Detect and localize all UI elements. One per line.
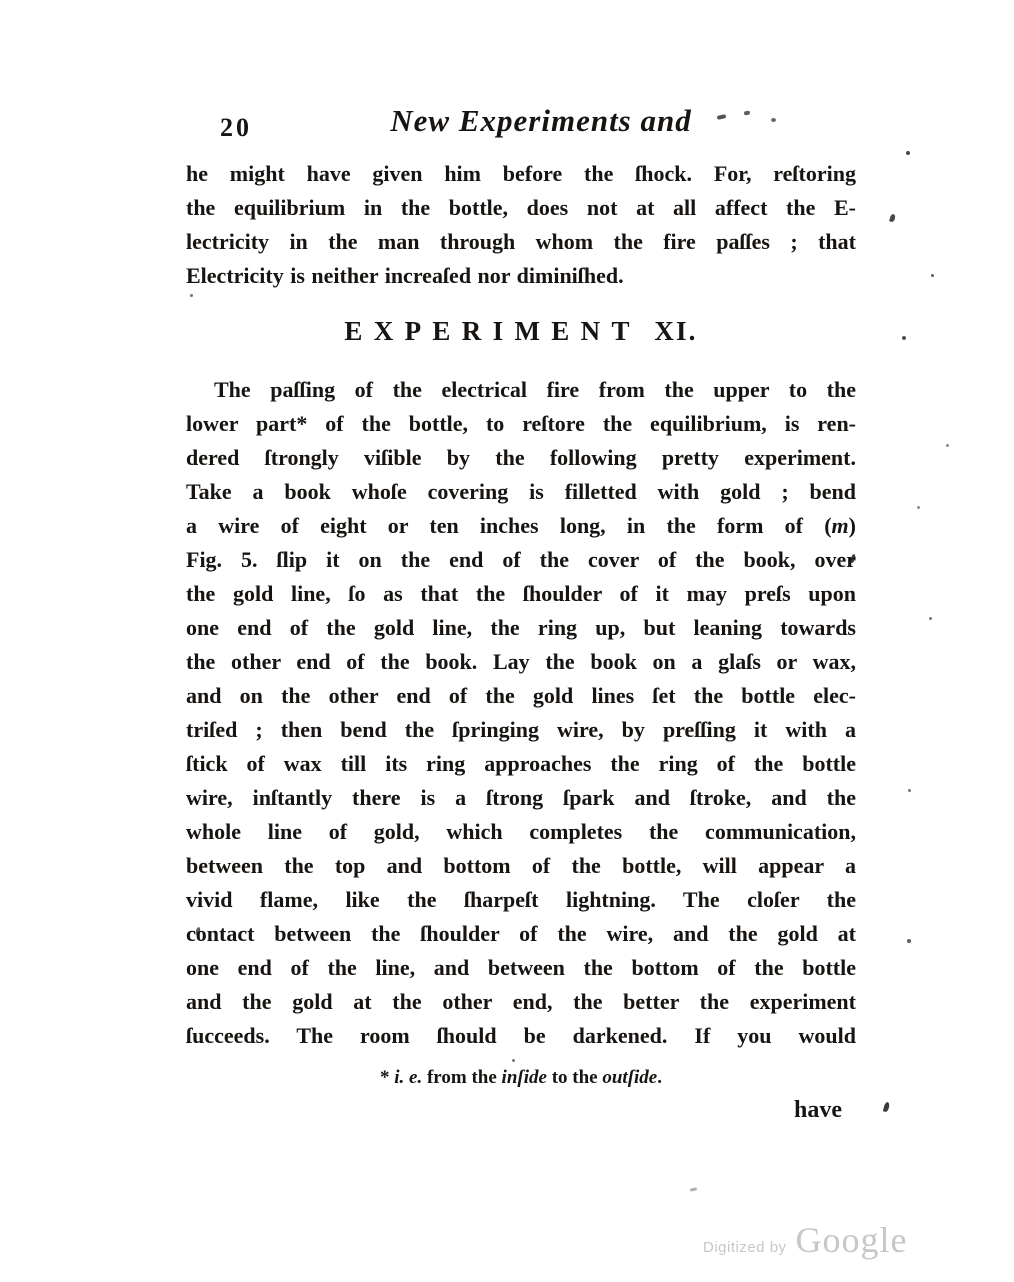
text-line: and the gold at the other end, the bette…	[186, 985, 856, 1019]
scan-speck	[883, 1102, 890, 1113]
scan-speck	[512, 1059, 515, 1062]
text-line: contact between the ſhoulder of the wire…	[186, 917, 856, 951]
text-line: the gold line, ſo as that the ſhoulder o…	[186, 577, 856, 611]
italic-text: outſide	[602, 1067, 657, 1088]
text-line: Electricity is neither increaſed nor dim…	[186, 259, 856, 293]
experiment-paragraph: The paſſing of the electrical fire from …	[186, 373, 856, 1053]
scan-speck	[946, 444, 949, 447]
catchword: have	[186, 1097, 842, 1124]
text-line: lower part* of the bottle, to reſtore th…	[186, 407, 856, 441]
text-line: The paſſing of the electrical fire from …	[186, 373, 856, 407]
text: a wire of eight or ten inches long, in t…	[186, 513, 832, 538]
experiment-heading: EXPERIMENTXI.	[186, 316, 856, 347]
italic-text: inſide	[502, 1067, 547, 1088]
text: to the	[547, 1067, 602, 1088]
scan-speck	[908, 789, 911, 792]
scan-speck	[931, 274, 934, 277]
text-line: Fig. 5. ſlip it on the end of the cover …	[186, 543, 856, 577]
scan-speck	[771, 118, 776, 122]
text: from the	[422, 1067, 501, 1088]
scan-speck	[190, 294, 193, 297]
text: .	[657, 1067, 662, 1088]
text-line: Take a book whoſe covering is filletted …	[186, 475, 856, 509]
google-watermark: Digitized by Google	[703, 1219, 908, 1261]
text: )	[849, 513, 856, 538]
scan-speck	[907, 939, 911, 943]
footnote: * i. e. from the inſide to the outſide.	[186, 1067, 856, 1089]
text-line: lectricity in the man through whom the f…	[186, 225, 856, 259]
text-line: a wire of eight or ten inches long, in t…	[186, 509, 856, 543]
text-line: triſed ; then bend the ſpringing wire, b…	[186, 713, 856, 747]
text-line: he might have given him before the ſhock…	[186, 157, 856, 191]
text-line: the other end of the book. Lay the book …	[186, 645, 856, 679]
text-line: ſtick of wax till its ring approaches th…	[186, 747, 856, 781]
text-line: one end of the line, and between the bot…	[186, 951, 856, 985]
text-line: ſucceeds. The room ſhould be darkened. I…	[186, 1019, 856, 1053]
scan-speck	[906, 151, 910, 155]
scan-speck	[889, 214, 896, 223]
watermark-prefix-label: Digitized by	[703, 1239, 787, 1256]
scan-speck	[902, 336, 906, 340]
text-line: between the top and bottom of the bottle…	[186, 849, 856, 883]
text-line: vivid flame, like the ſharpeſt lightning…	[186, 883, 856, 917]
text-line: the equilibrium in the bottle, does not …	[186, 191, 856, 225]
scan-speck	[690, 1187, 697, 1191]
scan-speck	[917, 506, 920, 509]
text-line: dered ſtrongly viſible by the following …	[186, 441, 856, 475]
text-line: and on the other end of the gold lines ſ…	[186, 679, 856, 713]
google-logo: Google	[796, 1219, 908, 1261]
heading-word: EXPERIMENT	[344, 316, 640, 346]
text: *	[380, 1067, 394, 1088]
italic-text: i. e.	[394, 1067, 422, 1088]
book-page-scan: 20 New Experiments and he might have giv…	[0, 0, 1014, 1282]
heading-numeral: XI.	[654, 316, 697, 346]
italic-text: m	[832, 513, 849, 538]
text-line: whole line of gold, which completes the …	[186, 815, 856, 849]
scan-speck	[929, 617, 932, 620]
intro-paragraph: he might have given him before the ſhock…	[186, 157, 856, 293]
text-line: one end of the gold line, the ring up, b…	[186, 611, 856, 645]
text-line: wire, inſtantly there is a ſtrong ſpark …	[186, 781, 856, 815]
